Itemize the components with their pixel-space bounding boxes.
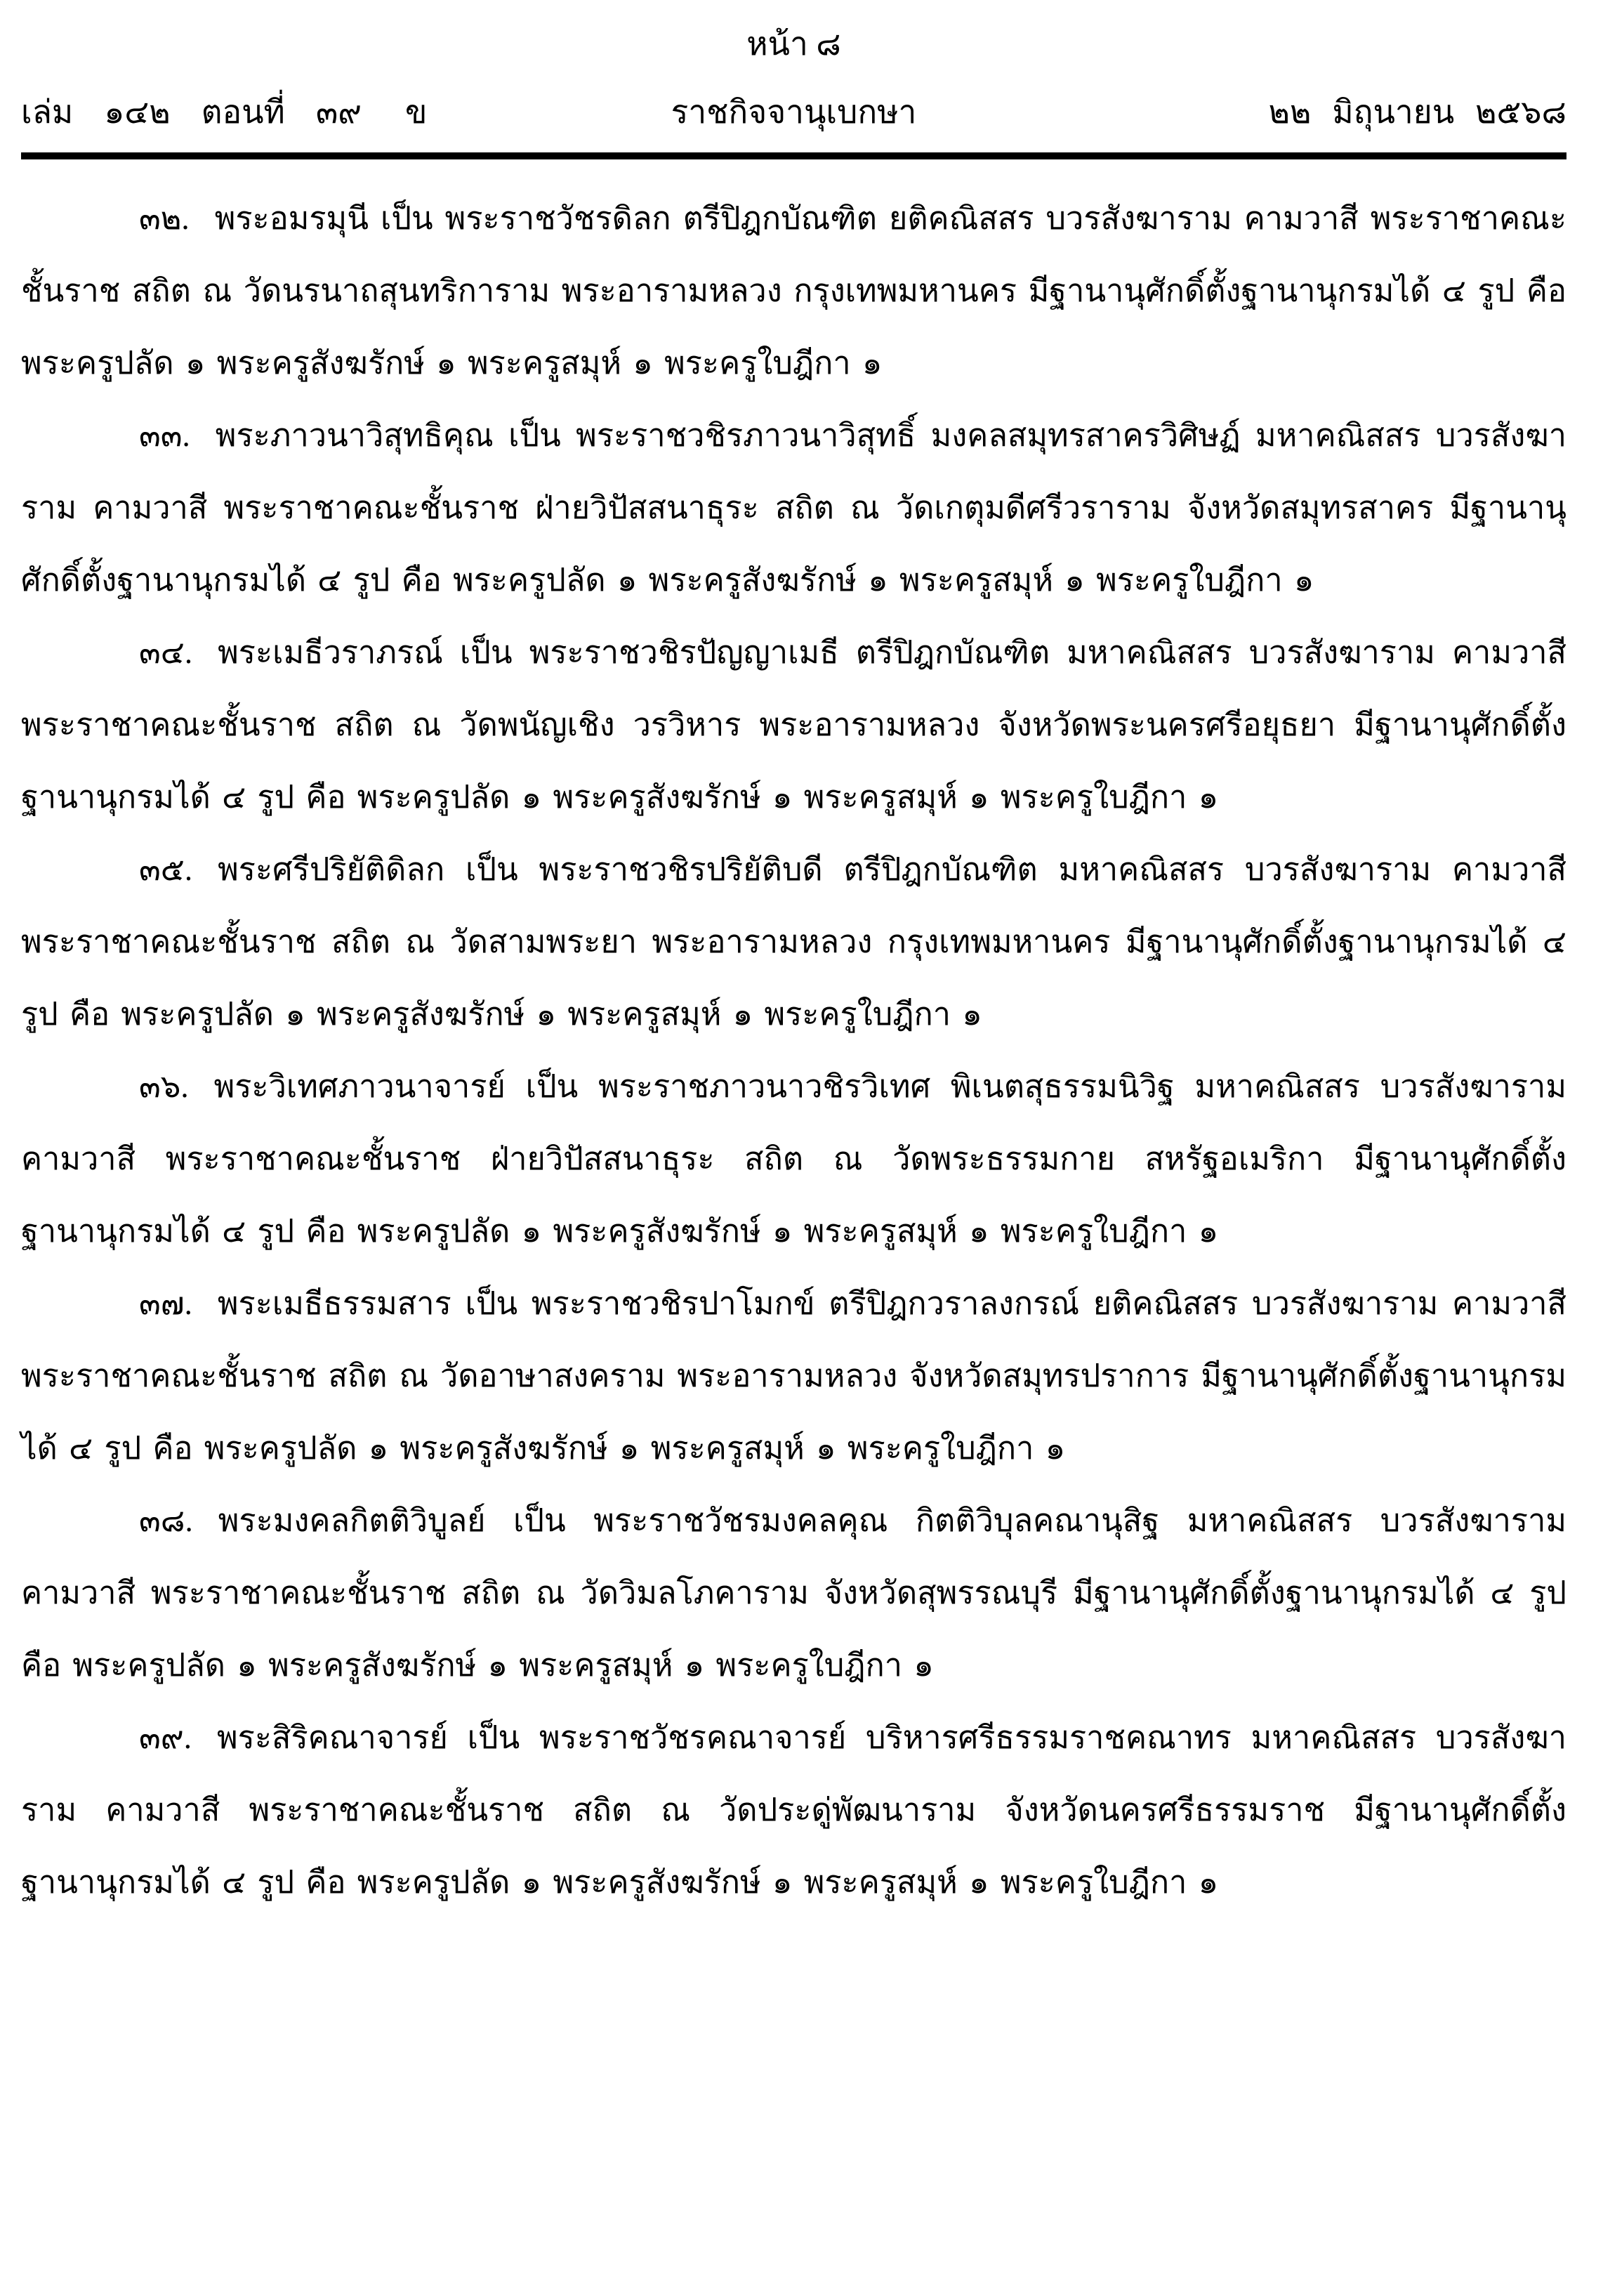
entry-number: ๓๕. [139, 852, 192, 887]
entry-number: ๓๗. [139, 1286, 192, 1321]
entry-35: ๓๕.พระศรีปริยัติดิลก เป็น พระราชวชิรปริย… [21, 834, 1566, 1051]
part-label: ตอนที่ [202, 86, 285, 138]
entry-34: ๓๔.พระเมธีวราภรณ์ เป็น พระราชวชิรปัญญาเม… [21, 617, 1566, 834]
entry-32: ๓๒.พระอมรมุนี เป็น พระราชวัชรดิลก ตรีปิฎ… [21, 183, 1566, 400]
date-day: ๒๒ [1269, 86, 1312, 138]
entry-33: ๓๓.พระภาวนาวิสุทธิคุณ เป็น พระราชวชิรภาว… [21, 400, 1566, 617]
entry-text: พระอมรมุนี เป็น พระราชวัชรดิลก ตรีปิฎกบั… [21, 201, 1566, 381]
gazette-page: หน้า ๘ เล่ม ๑๔๒ ตอนที่ ๓๙ ข ราชกิจจานุเบ… [0, 0, 1603, 2296]
entry-number: ๓๒. [139, 201, 190, 236]
section-letter: ข [405, 86, 427, 138]
part-number: ๓๙ [316, 86, 362, 138]
volume-part-info: เล่ม ๑๔๒ ตอนที่ ๓๙ ข [21, 86, 427, 138]
gazette-title: ราชกิจจานุเบกษา [671, 86, 917, 138]
entry-text: พระวิเทศภาวนาจารย์ เป็น พระราชภาวนาวชิรว… [21, 1069, 1566, 1249]
gazette-masthead: เล่ม ๑๔๒ ตอนที่ ๓๙ ข ราชกิจจานุเบกษา ๒๒ … [21, 86, 1566, 138]
entry-text: พระเมธีวราภรณ์ เป็น พระราชวชิรปัญญาเมธี … [21, 635, 1566, 815]
entry-36: ๓๖.พระวิเทศภาวนาจารย์ เป็น พระราชภาวนาวช… [21, 1051, 1566, 1268]
entry-text: พระเมธีธรรมสาร เป็น พระราชวชิรปาโมกข์ ตร… [21, 1286, 1566, 1466]
entry-text: พระภาวนาวิสุทธิคุณ เป็น พระราชวชิรภาวนาว… [21, 418, 1566, 598]
entry-text: พระมงคลกิตติวิบูลย์ เป็น พระราชวัชรมงคลค… [21, 1503, 1566, 1683]
entry-number: ๓๙. [139, 1720, 192, 1755]
page-number: หน้า ๘ [21, 18, 1566, 70]
entry-number: ๓๓. [139, 418, 190, 453]
date-year: ๒๕๖๘ [1475, 86, 1566, 138]
volume-number: ๑๔๒ [104, 86, 170, 138]
page-body: ๓๒.พระอมรมุนี เป็น พระราชวัชรดิลก ตรีปิฎ… [21, 183, 1566, 1919]
date-month: มิถุนายน [1332, 86, 1454, 138]
volume-label: เล่ม [21, 86, 73, 138]
entry-number: ๓๘. [139, 1503, 193, 1538]
entry-38: ๓๘.พระมงคลกิตติวิบูลย์ เป็น พระราชวัชรมง… [21, 1485, 1566, 1702]
entry-number: ๓๖. [139, 1069, 189, 1104]
entry-39: ๓๙.พระสิริคณาจารย์ เป็น พระราชวัชรคณาจาร… [21, 1702, 1566, 1919]
entry-number: ๓๔. [139, 635, 192, 670]
masthead-rule [21, 152, 1566, 159]
entry-text: พระศรีปริยัติดิลก เป็น พระราชวชิรปริยัติ… [21, 852, 1566, 1032]
entry-text: พระสิริคณาจารย์ เป็น พระราชวัชรคณาจารย์ … [21, 1720, 1566, 1900]
gazette-date: ๒๒ มิถุนายน ๒๕๖๘ [1269, 86, 1566, 138]
entry-37: ๓๗.พระเมธีธรรมสาร เป็น พระราชวชิรปาโมกข์… [21, 1268, 1566, 1485]
